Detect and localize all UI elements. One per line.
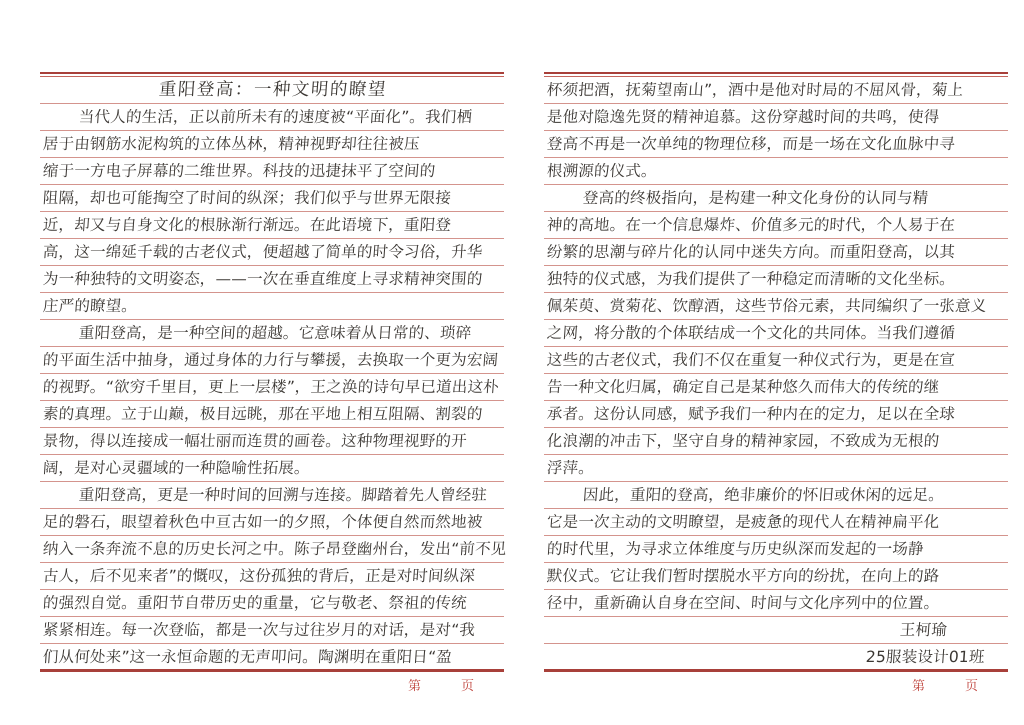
handwritten-text-line: 当代人的生活，正以前所未有的速度被“平面化”。我们栖: [78, 104, 473, 130]
handwritten-text-line: 重阳登高，更是一种时间的回溯与连接。脚踏着先人曾经驻: [78, 482, 488, 508]
handwritten-text-line: 神的高地。在一个信息爆炸、价值多元的时代，个人易于在: [546, 212, 956, 238]
ruled-line-row: 重阳登高，更是一种时间的回溯与连接。脚踏着先人曾经驻: [40, 482, 504, 509]
manuscript-page-left: 重阳登高：一种文明的瞭望当代人的生活，正以前所未有的速度被“平面化”。我们栖居于…: [40, 72, 504, 672]
handwritten-text-line: 居于由钢筋水泥构筑的立体丛林，精神视野却往往被压: [42, 131, 421, 157]
handwritten-text-line: 古人，后不见来者”的慨叹，这份孤独的背后，正是对时间纵深: [42, 563, 476, 589]
handwritten-text-line: 独特的仪式感，为我们提供了一种稳定而清晰的文化坐标。: [546, 266, 956, 292]
handwritten-text-line: 这些的古老仪式，我们不仅在重复一种仪式行为，更是在宣: [546, 347, 956, 373]
ruled-line-row: 登高不再是一次单纯的物理位移，而是一场在文化血脉中寻: [544, 131, 1008, 158]
handwritten-text-line: 承者。这份认同感，赋予我们一种内在的定力，足以在全球: [546, 401, 956, 427]
handwritten-text-line: 因此，重阳的登高，绝非廉价的怀旧或休闲的远足。: [582, 482, 945, 508]
handwritten-text-line: 登高的终极指向，是构建一种文化身份的认同与精: [582, 185, 929, 211]
ruled-line-row: 根溯源的仪式。: [544, 158, 1008, 185]
ruled-line-row: 足的磐石，眼望着秋色中亘古如一的夕照，个体便自然而然地被: [40, 509, 504, 536]
ruled-lines-area: 重阳登高：一种文明的瞭望当代人的生活，正以前所未有的速度被“平面化”。我们栖居于…: [40, 77, 504, 672]
handwritten-text-line: 足的磐石，眼望着秋色中亘古如一的夕照，个体便自然而然地被: [42, 509, 483, 535]
handwritten-text-line: 纷繁的思潮与碎片化的认同中迷失方向。而重阳登高，以其: [546, 239, 956, 265]
handwritten-text-line: 素的真理。立于山巅，极目远眺，那在平地上相互阻隔、割裂的: [42, 401, 483, 427]
footer-di-label: 第: [912, 679, 925, 694]
ruled-line-row: 纳入一条奔流不息的历史长河之中。陈子昂登幽州台，发出“前不见: [40, 536, 504, 563]
page-number-footer: 第页: [912, 675, 978, 694]
handwritten-text-line: 庄严的瞭望。: [42, 293, 138, 319]
ruled-line-row: 阔，是对心灵疆域的一种隐喻性拓展。: [40, 455, 504, 482]
ruled-line-row: 默仪式。它让我们暂时摆脱水平方向的纷扰，在向上的路: [544, 563, 1008, 590]
handwritten-text-line: 是他对隐逸先贤的精神追慕。这份穿越时间的共鸣，使得: [546, 104, 940, 130]
page-top-border: [544, 72, 1008, 74]
ruled-line-row: 是他对隐逸先贤的精神追慕。这份穿越时间的共鸣，使得: [544, 104, 1008, 131]
handwritten-text-line: 阔，是对心灵疆域的一种隐喻性拓展。: [42, 455, 311, 481]
ruled-line-row: 承者。这份认同感，赋予我们一种内在的定力，足以在全球: [544, 401, 1008, 428]
handwritten-text-line: 佩茱萸、赏菊花、饮醇酒，这些节俗元素，共同编织了一张意义: [546, 293, 987, 319]
ruled-line-row: 佩茱萸、赏菊花、饮醇酒，这些节俗元素，共同编织了一张意义: [544, 293, 1008, 320]
ruled-line-row: 重阳登高：一种文明的瞭望: [40, 77, 504, 104]
ruled-line-row: 浮萍。: [544, 455, 1008, 482]
handwritten-text-line: 高，这一绵延千载的古老仪式，便超越了简单的时令习俗，升华: [42, 239, 483, 265]
handwritten-text-line: 化浪潮的冲击下，坚守自身的精神家园，不致成为无根的: [546, 428, 940, 454]
ruled-line-row: 的平面生活中抽身，通过身体的力行与攀援，去换取一个更为宏阔: [40, 347, 504, 374]
handwritten-text-line: 径中，重新确认自身在空间、时间与文化序列中的位置。: [546, 590, 940, 616]
page-top-border: [40, 72, 504, 74]
handwritten-text-line: 纳入一条奔流不息的历史长河之中。陈子昂登幽州台，发出“前不见: [42, 536, 507, 562]
ruled-line-row: 素的真理。立于山巅，极目远眺，那在平地上相互阻隔、割裂的: [40, 401, 504, 428]
ruled-line-row: 的时代里，为寻求立体维度与历史纵深而发起的一场静: [544, 536, 1008, 563]
ruled-line-row: 的视野。“欲穷千里目，更上一层楼”，王之涣的诗句早已道出这朴: [40, 374, 504, 401]
handwritten-text-line: 它是一次主动的文明瞭望，是疲惫的现代人在精神扁平化: [546, 509, 940, 535]
handwritten-text-line: 近，却又与自身文化的根脉渐行渐远。在此语境下，重阳登: [42, 212, 452, 238]
handwritten-text-line: 缩于一方电子屏幕的二维世界。科技的迅捷抹平了空间的: [42, 158, 436, 184]
page-number-footer: 第页: [408, 675, 474, 694]
ruled-line-row: 化浪潮的冲击下，坚守自身的精神家园，不致成为无根的: [544, 428, 1008, 455]
ruled-line-row: 径中，重新确认自身在空间、时间与文化序列中的位置。: [544, 590, 1008, 617]
handwritten-text-line: 杯须把酒，抚菊望南山”，酒中是他对时局的不屈风骨，菊上: [546, 77, 964, 103]
handwritten-text-line: 根溯源的仪式。: [546, 158, 658, 184]
ruled-line-row: 纷繁的思潮与碎片化的认同中迷失方向。而重阳登高，以其: [544, 239, 1008, 266]
ruled-line-row: 庄严的瞭望。: [40, 293, 504, 320]
handwritten-text-line: 默仪式。它让我们暂时摆脱水平方向的纷扰，在向上的路: [546, 563, 940, 589]
ruled-line-row: 紧紧相连。每一次登临，都是一次与过往岁月的对话，是对“我: [40, 617, 504, 644]
handwritten-text-line: 为一种独特的文明姿态，——一次在垂直维度上寻求精神突围的: [42, 266, 483, 292]
ruled-line-row: 重阳登高，是一种空间的超越。它意味着从日常的、琐碎: [40, 320, 504, 347]
handwritten-text-line: 紧紧相连。每一次登临，都是一次与过往岁月的对话，是对“我: [42, 617, 476, 643]
handwritten-text-line: 们从何处来”这一永恒命题的无声叩问。陶渊明在重阳日“盈: [42, 644, 453, 670]
handwritten-text-line: 之网，将分散的个体联结成一个文化的共同体。当我们遵循: [546, 320, 956, 346]
manuscript-page-right: 杯须把酒，抚菊望南山”，酒中是他对时局的不屈风骨，菊上是他对隐逸先贤的精神追慕。…: [544, 72, 1008, 672]
ruled-line-row: 高，这一绵延千载的古老仪式，便超越了简单的时令习俗，升华: [40, 239, 504, 266]
ruled-line-row: 居于由钢筋水泥构筑的立体丛林，精神视野却往往被压: [40, 131, 504, 158]
ruled-line-row: 近，却又与自身文化的根脉渐行渐远。在此语境下，重阳登: [40, 212, 504, 239]
handwritten-text-line: 景物，得以连接成一幅壮丽而连贯的画卷。这种物理视野的开: [42, 428, 468, 454]
ruled-line-row: 独特的仪式感，为我们提供了一种稳定而清晰的文化坐标。: [544, 266, 1008, 293]
ruled-line-row: 阻隔，却也可能掏空了时间的纵深；我们似乎与世界无限接: [40, 185, 504, 212]
ruled-line-row: 古人，后不见来者”的慨叹，这份孤独的背后，正是对时间纵深: [40, 563, 504, 590]
handwritten-text-line: 告一种文化归属，确定自己是某种悠久而伟大的传统的继: [546, 374, 940, 400]
ruled-line-row: 缩于一方电子屏幕的二维世界。科技的迅捷抹平了空间的: [40, 158, 504, 185]
ruled-line-row: 神的高地。在一个信息爆炸、价值多元的时代，个人易于在: [544, 212, 1008, 239]
ruled-line-row: 因此，重阳的登高，绝非廉价的怀旧或休闲的远足。: [544, 482, 1008, 509]
ruled-line-row: 的强烈自觉。重阳节自带历史的重量，它与敬老、祭祖的传统: [40, 590, 504, 617]
ruled-line-row: 之网，将分散的个体联结成一个文化的共同体。当我们遵循: [544, 320, 1008, 347]
ruled-line-row: 为一种独特的文明姿态，——一次在垂直维度上寻求精神突围的: [40, 266, 504, 293]
ruled-line-row: 它是一次主动的文明瞭望，是疲惫的现代人在精神扁平化: [544, 509, 1008, 536]
ruled-line-row: 25服装设计01班: [544, 644, 1008, 672]
ruled-line-row: 当代人的生活，正以前所未有的速度被“平面化”。我们栖: [40, 104, 504, 131]
handwritten-text-line: 登高不再是一次单纯的物理位移，而是一场在文化血脉中寻: [546, 131, 956, 157]
ruled-line-row: 王柯瑜: [544, 617, 1008, 644]
ruled-lines-area: 杯须把酒，抚菊望南山”，酒中是他对时局的不屈风骨，菊上是他对隐逸先贤的精神追慕。…: [544, 77, 1008, 672]
handwritten-text-line: 浮萍。: [546, 455, 595, 481]
author-class: 25服装设计01班: [865, 644, 986, 670]
essay-title: 重阳登高：一种文明的瞭望: [158, 77, 388, 103]
ruled-line-row: 景物，得以连接成一幅壮丽而连贯的画卷。这种物理视野的开: [40, 428, 504, 455]
ruled-line-row: 登高的终极指向，是构建一种文化身份的认同与精: [544, 185, 1008, 212]
footer-di-label: 第: [408, 679, 421, 694]
handwritten-text-line: 的平面生活中抽身，通过身体的力行与攀援，去换取一个更为宏阔: [42, 347, 499, 373]
ruled-line-row: 杯须把酒，抚菊望南山”，酒中是他对时局的不屈风骨，菊上: [544, 77, 1008, 104]
footer-ye-label: 页: [461, 679, 474, 694]
ruled-line-row: 们从何处来”这一永恒命题的无声叩问。陶渊明在重阳日“盈: [40, 644, 504, 672]
handwritten-text-line: 的时代里，为寻求立体维度与历史纵深而发起的一场静: [546, 536, 925, 562]
handwritten-text-line: 的视野。“欲穷千里目，更上一层楼”，王之涣的诗句早已道出这朴: [42, 374, 500, 400]
handwritten-text-line: 阻隔，却也可能掏空了时间的纵深；我们似乎与世界无限接: [42, 185, 452, 211]
author-signature: 王柯瑜: [899, 617, 948, 643]
footer-ye-label: 页: [965, 679, 978, 694]
ruled-line-row: 告一种文化归属，确定自己是某种悠久而伟大的传统的继: [544, 374, 1008, 401]
handwritten-text-line: 重阳登高，是一种空间的超越。它意味着从日常的、琐碎: [78, 320, 472, 346]
ruled-line-row: 这些的古老仪式，我们不仅在重复一种仪式行为，更是在宣: [544, 347, 1008, 374]
handwritten-text-line: 的强烈自觉。重阳节自带历史的重量，它与敬老、祭祖的传统: [42, 590, 468, 616]
